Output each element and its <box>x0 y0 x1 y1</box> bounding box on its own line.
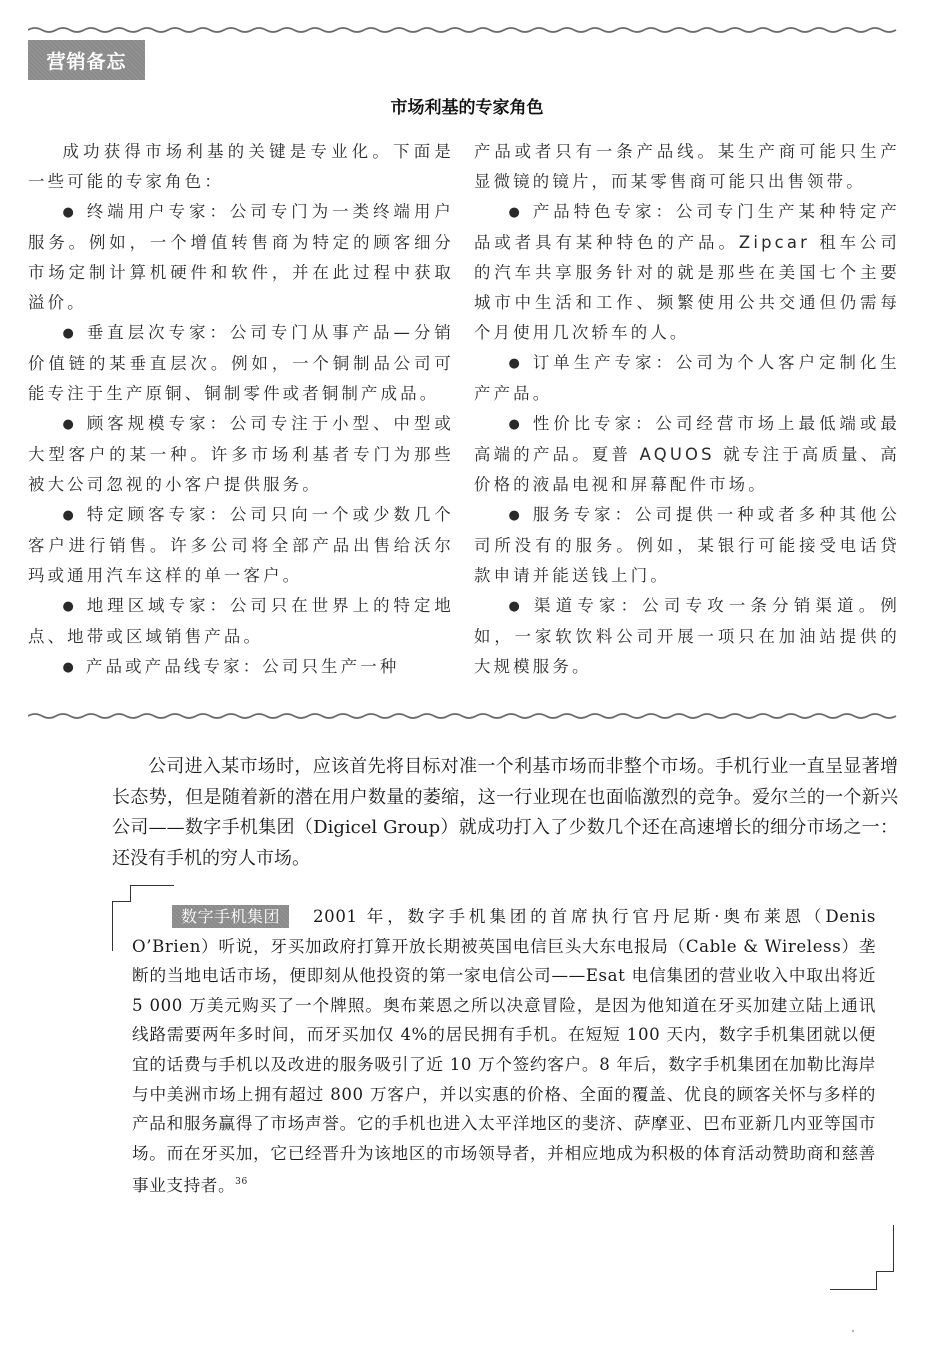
sidebar-column-right: 产品或者只有一条产品线。某生产商可能只生产显微镜的镜片，而某零售商可能只出售领带… <box>474 137 900 682</box>
case-bracket-top-left <box>112 901 113 951</box>
specialist-item: ●性价比专家：公司经营市场上最低端或最高端的产品。夏普 AQUOS 就专注于高质… <box>474 409 900 500</box>
specialist-item: ●特定顾客专家：公司只向一个或少数几个客户进行销售。许多公司将全部产品出售给沃尔… <box>28 500 454 591</box>
bullet-icon: ● <box>62 599 77 614</box>
bullet-icon: ● <box>508 599 525 614</box>
marketing-memo-tag: 营销备忘 <box>28 40 145 80</box>
page-speck <box>852 1330 854 1332</box>
specialist-item: ●地理区域专家：公司只在世界上的特定地点、地带或区域销售产品。 <box>28 591 454 652</box>
specialist-item-continuation: 产品或者只有一条产品线。某生产商可能只生产显微镜的镜片，而某零售商可能只出售领带… <box>474 137 900 197</box>
main-paragraph: 公司进入某市场时，应该首先将目标对准一个利基市场而非整个市场。手机行业一直呈显著… <box>112 752 898 874</box>
sidebar-column-left: 成功获得市场利基的关键是专业化。下面是一些可能的专家角色： ●终端用户专家：公司… <box>28 137 454 683</box>
bullet-icon: ● <box>62 326 77 341</box>
footnote-marker: 36 <box>235 1177 248 1187</box>
bullet-icon: ● <box>508 417 523 432</box>
bullet-icon: ● <box>508 508 523 523</box>
bullet-icon: ● <box>62 508 77 523</box>
case-study-body: 2001 年，数字手机集团的首席执行官丹尼斯·奥布莱恩（Denis O’Brie… <box>132 907 876 1195</box>
specialist-item: ●渠道专家：公司专攻一条分销渠道。例如，一家软饮料公司开展一项只在加油站提供的大… <box>474 591 900 682</box>
case-study-text: 数字手机集团2001 年，数字手机集团的首席执行官丹尼斯·奥布莱恩（Denis … <box>132 902 876 1201</box>
specialist-item: ●服务专家：公司提供一种或者多种其他公司所没有的服务。例如，某银行可能接受电话贷… <box>474 500 900 591</box>
wavy-divider-bottom <box>28 712 898 720</box>
bullet-icon: ● <box>62 205 77 220</box>
specialist-item: ●终端用户专家：公司专门为一类终端用户服务。例如，一个增值转售商为特定的顾客细分… <box>28 197 454 318</box>
case-bracket-top-left <box>130 885 174 886</box>
specialist-item: ●产品特色专家：公司专门生产某种特定产品或者具有某种特色的产品。Zipcar 租… <box>474 197 900 348</box>
case-bracket-bottom-right <box>830 1289 877 1290</box>
wavy-divider-top <box>28 26 898 34</box>
specialist-item: ●垂直层次专家：公司专门从事产品—分销价值链的某垂直层次。例如，一个铜制品公司可… <box>28 318 454 409</box>
case-study-tag: 数字手机集团 <box>172 905 289 928</box>
marketing-memo-tag-label: 营销备忘 <box>46 47 126 74</box>
specialist-item: ●订单生产专家：公司为个人客户定制化生产产品。 <box>474 348 900 409</box>
bullet-icon: ● <box>62 660 77 675</box>
specialist-item: ●顾客规模专家：公司专注于小型、中型或大型客户的某一种。许多市场利基者专门为那些… <box>28 409 454 500</box>
case-bracket-bottom-right <box>876 1271 894 1272</box>
bullet-icon: ● <box>62 417 77 432</box>
case-bracket-top-left <box>130 885 131 901</box>
case-bracket-bottom-right <box>893 1225 894 1272</box>
case-bracket-top-left <box>112 901 131 902</box>
bullet-icon: ● <box>508 205 523 220</box>
case-bracket-bottom-right <box>876 1271 877 1290</box>
sidebar-intro: 成功获得市场利基的关键是专业化。下面是一些可能的专家角色： <box>28 137 454 197</box>
sidebar-box-title: 市场利基的专家角色 <box>0 93 934 118</box>
bullet-icon: ● <box>508 356 523 371</box>
specialist-item: ●产品或产品线专家：公司只生产一种 <box>28 652 454 683</box>
